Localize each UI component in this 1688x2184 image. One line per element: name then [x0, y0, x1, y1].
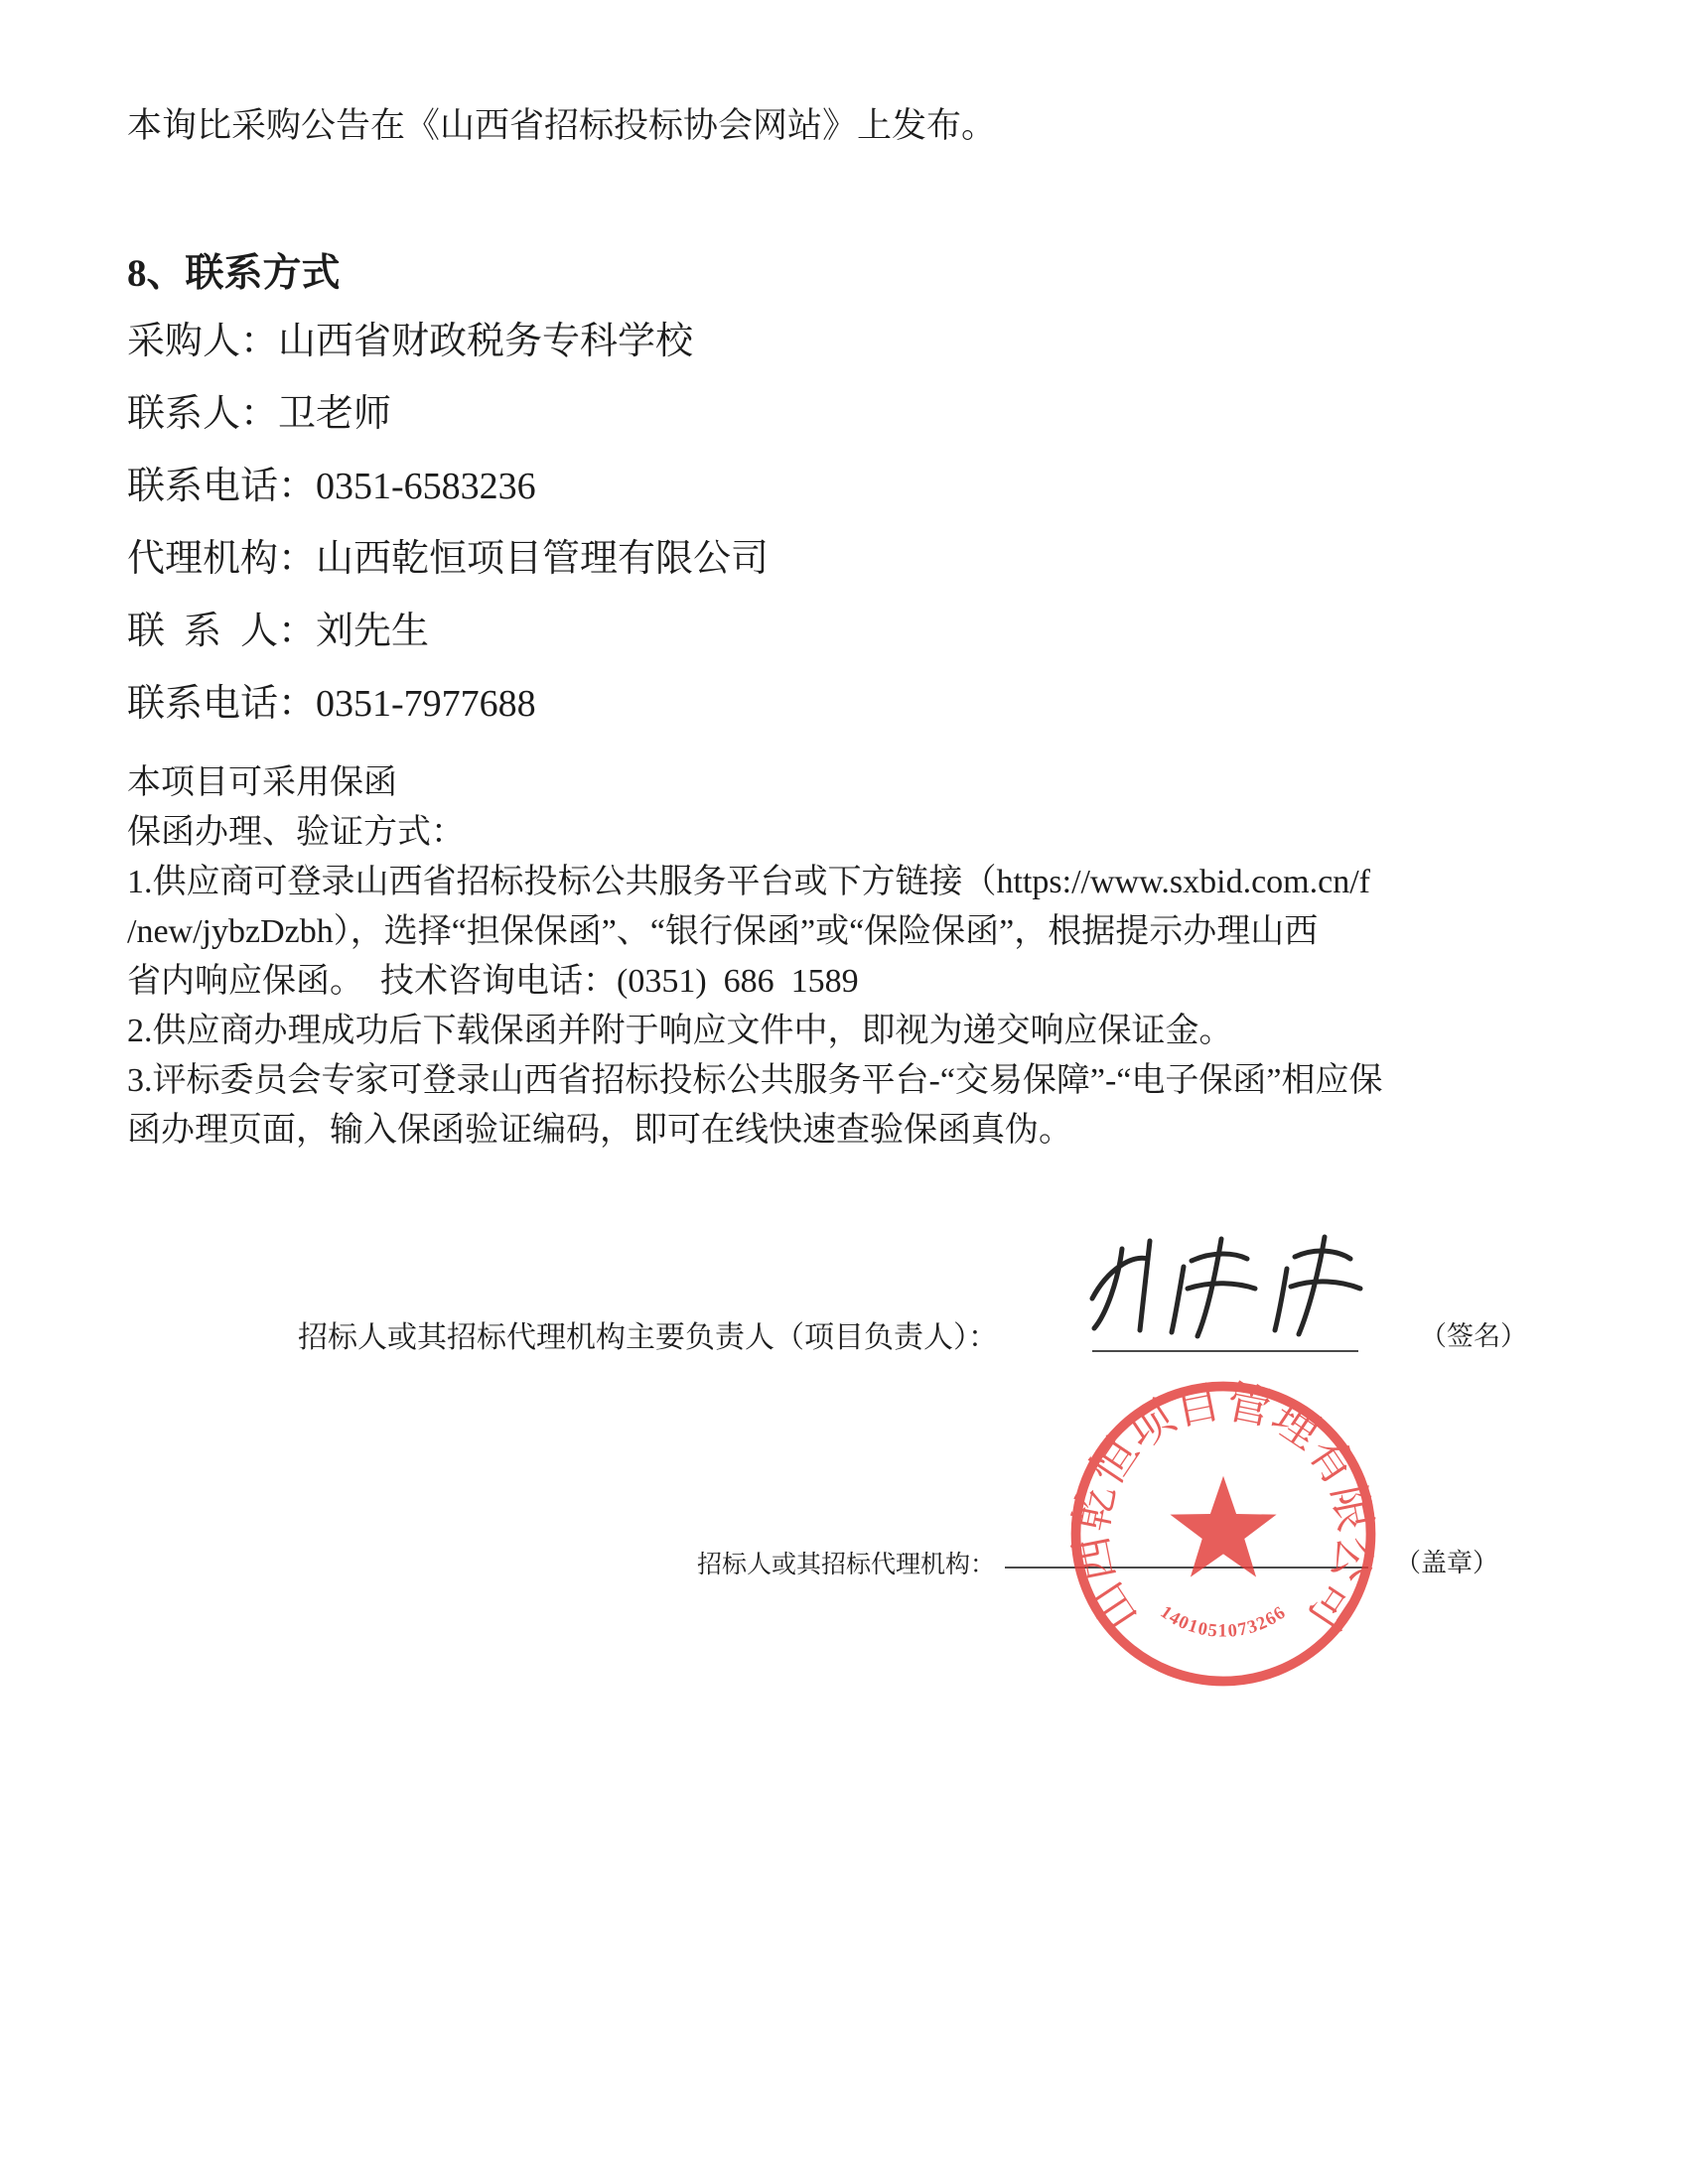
publication-note: 本询比采购公告在《山西省招标投标协会网站》上发布。 [127, 98, 996, 148]
seal-star [1170, 1476, 1276, 1577]
guarantee-line: 3.评标委员会专家可登录山西省招标投标公共服务平台-“交易保障”-“电子保函”相… [127, 1056, 1383, 1106]
guarantee-line: 2.供应商办理成功后下载保函并附于响应文件中，即视为递交响应保证金。 [127, 1007, 1383, 1056]
contact-info-block: 采购人：山西省财政税务专科学校 联系人：卫老师 联系电话：0351-658323… [127, 306, 769, 741]
seal-suffix: （盖章） [1395, 1543, 1498, 1579]
document-page: 本询比采购公告在《山西省招标投标协会网站》上发布。 8、联系方式 采购人：山西省… [0, 0, 1688, 2184]
purchaser-line: 采购人：山西省财政税务专科学校 [127, 306, 769, 378]
section-heading: 8、联系方式 [127, 242, 341, 298]
agency-seal-label: 招标人或其招标代理机构： [697, 1545, 995, 1580]
agency-phone-line: 联系电话：0351-7977688 [127, 668, 769, 741]
handwritten-signature [1080, 1227, 1388, 1352]
sign-name-suffix: （签名） [1420, 1314, 1527, 1353]
company-seal: 山西乾恒项目管理有限公司 1401051073266 [1059, 1370, 1387, 1698]
guarantee-line: 1.供应商可登录山西省招标投标公共服务平台或下方链接（https://www.s… [127, 858, 1383, 907]
guarantee-instructions-block: 本项目可采用保函 保函办理、验证方式： 1.供应商可登录山西省招标投标公共服务平… [127, 758, 1383, 1156]
guarantee-line: 省内响应保函。 技术咨询电话：(0351) 686 1589 [127, 957, 1383, 1007]
guarantee-line: 函办理页面，输入保函验证编码，即可在线快速查验保函真伪。 [127, 1106, 1383, 1156]
agency-person-line: 联 系 人：刘先生 [127, 596, 769, 668]
contact-phone-line: 联系电话：0351-6583236 [127, 451, 769, 523]
contact-person-line: 联系人：卫老师 [127, 378, 769, 451]
agency-line: 代理机构：山西乾恒项目管理有限公司 [127, 523, 769, 596]
seal-number-text: 1401051073266 [1157, 1601, 1290, 1640]
guarantee-line: /new/jybzDzbh），选择“担保保函”、“银行保函”或“保险保函”，根据… [127, 907, 1383, 957]
guarantee-line: 保函办理、验证方式： [127, 808, 1383, 858]
svg-text:1401051073266: 1401051073266 [1157, 1601, 1290, 1640]
principal-signature-label: 招标人或其招标代理机构主要负责人（项目负责人）： [298, 1312, 998, 1356]
guarantee-line: 本项目可采用保函 [127, 758, 1383, 808]
